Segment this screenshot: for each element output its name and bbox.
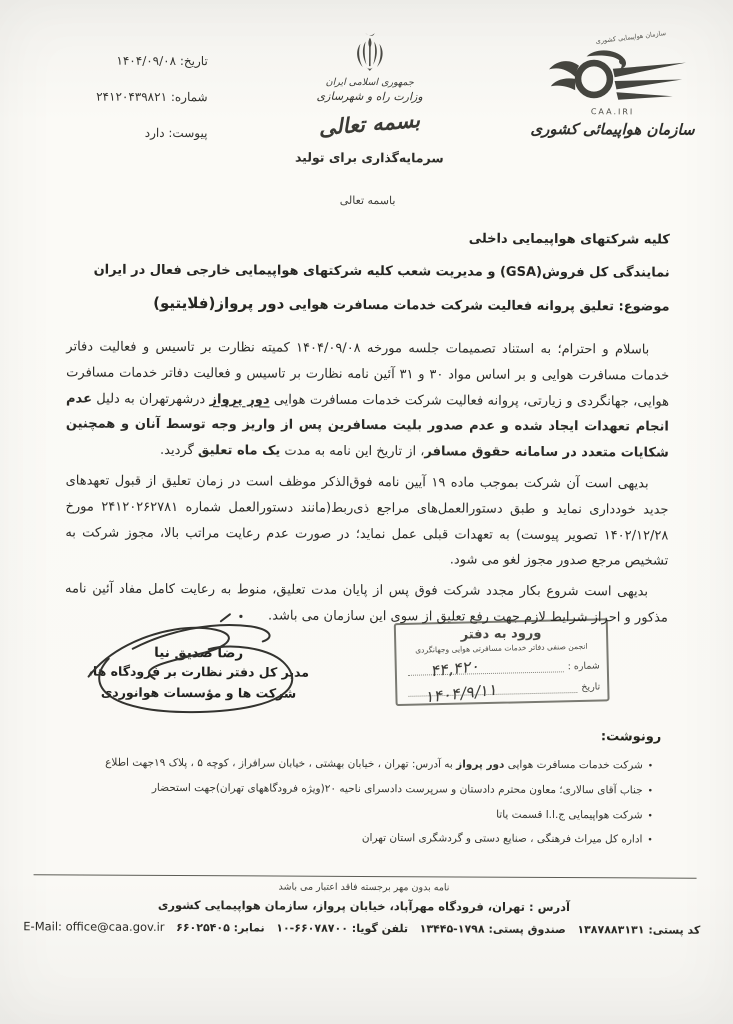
fax-value: ۶۶۰۲۵۴۰۵ [176,921,230,934]
ministry-name: وزارت راه و شهرسازی [288,90,452,104]
signatory-name: رضا صدیق نیا [71,644,327,661]
caa-logo-block: سازمان هواپیمایی کشوری CAA.IRI [524,35,701,139]
cc-item-1: شرکت خدمات مسافرت هوایی دور پرواز به آدر… [90,752,653,780]
recipient-line-1: کلیه شرکتهای هواپیمایی داخلی [61,220,670,256]
letter-date: تاریخ: ۱۴۰۴/۰۹/۰۸ [58,42,208,79]
cc-item-text: شرکت خدمات مسافرت هوایی [504,759,642,772]
header-meta: تاریخ: ۱۴۰۴/۰۹/۰۸ شماره: ۲۴۱۲۰۴۳۹۸۲۱ پیو… [57,42,208,151]
stamp-number-row: شماره : ۴۴,۴۲۰ [404,658,600,675]
footer-divider [34,874,697,878]
body-paragraph-3: بدیهی است شروع بکار مجدد شرکت فوق پس از … [65,577,668,632]
p1-text: ، از تاریخ این نامه به مدت [280,444,424,460]
p1-company-name: دور پرواز [210,392,270,407]
letterhead-center: جمهوری اسلامی ایران وزارت راه و شهرسازی … [287,30,452,137]
p1-suspension-duration: یک ماه تعلیق [198,443,280,458]
body-paragraph-1: باسلام و احترام؛ به استناد تصمیمات جلسه … [66,334,670,466]
stamp-number-handwritten: ۴۴,۴۲۰ [431,656,482,680]
signatory-title-1: مدیر کل دفتر نظارت بر فرودگاه ها، [71,660,327,682]
po-box-label: صندوق پستی: [488,923,565,936]
cc-item-2: جناب آقای سالاری؛ معاون محترم دادستان و … [90,776,653,804]
cc-item-company-name: دور پرواز [456,758,504,770]
cc-item-4: اداره کل میراث فرهنگی ، صنایع دستی و گرد… [90,826,653,854]
stamp-date-dotline: ۱۴۰۴/۹/۱۱ [408,680,577,697]
scanned-letter-page: تاریخ: ۱۴۰۴/۰۹/۰۸ شماره: ۲۴۱۲۰۴۳۹۸۲۱ پیو… [0,0,733,1024]
subject-company-name: دور پرواز(فلایتیو) [153,294,284,313]
recipient-block: کلیه شرکتهای هواپیمایی داخلی نمایندگی کل… [60,220,670,323]
besmellah-calligraphy: بسمه تعالی [318,108,421,140]
invocation-text: باسمه تعالی [1,192,733,209]
subject-line: موضوع: تعلیق پروانه فعالیت شرکت خدمات مس… [60,286,669,323]
po-box-value: ۱۳۴۴۵-۱۷۹۸ [420,922,485,935]
fax-label: نمابر: [234,921,265,934]
stamp-date-label: تاریخ [581,681,600,692]
org-name-calligraphy: سازمان هواپیمائی کشوری [524,120,700,139]
header-slogan: سرمایه‌گذاری برای تولید [237,149,501,165]
recipient-line-2: نمایندگی کل فروش(GSA) و مدیریت شعب کلیه … [61,253,670,289]
cc-item-3: شرکت هواپیمایی ج.ا.ا قسمت یاتا [90,801,653,829]
postal-code-value: ۱۳۸۷۸۸۳۱۳۱ [577,923,644,936]
letter-number: شماره: ۲۴۱۲۰۴۳۹۸۲۱ [58,78,208,115]
fax: نمابر: ۶۶۰۲۵۴۰۵ [176,921,265,934]
phone-value: ۱۰-۶۶۰۷۸۷۰۰ [276,922,348,935]
email-text: E-Mail: office@caa.gov.ir [23,919,164,934]
stamp-date-handwritten: ۱۴۰۴/۹/۱۱ [425,680,499,707]
body-paragraph-2: بدیهی است آن شرکت بموجب ماده ۱۹ آیین نام… [65,468,669,574]
stamp-number-label: شماره : [568,660,600,672]
postal-code-label: کد پستی: [648,923,700,936]
cc-heading: رونوشت: [601,729,661,744]
p1-text: درشهرتهران به دلیل [92,391,210,407]
validity-note: نامه بدون مهر برجسته فاقد اعتبار می باشد [0,880,731,895]
subject-label: موضوع: تعلیق پروانه فعالیت شرکت خدمات مس… [284,298,669,315]
signature-block: رضا صدیق نیا مدیر کل دفتر نظارت بر فرودگ… [70,644,326,703]
republic-name: جمهوری اسلامی ایران [288,77,452,89]
p1-text: گردید. [160,443,198,458]
iran-national-emblem-icon [353,30,387,76]
phone: تلفن گویا: ۱۰-۶۶۰۷۸۷۰۰ [276,922,408,936]
stamp-number-dotline: ۴۴,۴۲۰ [408,659,564,676]
stamp-association-name: انجمن صنفی دفاتر خدمات مسافرتی هوایی وجه… [403,641,599,654]
postal-code: کد پستی: ۱۳۸۷۸۸۳۱۳۱ [577,923,700,937]
cc-item-text: به آدرس: تهران ، خیابان بهشتی ، خیابان س… [105,757,456,771]
letter-attachment: پیوست: دارد [57,114,207,151]
footer-contacts: کد پستی: ۱۳۸۷۸۸۳۱۳۱ صندوق پستی: ۱۳۴۴۵-۱۷… [23,919,700,937]
po-box: صندوق پستی: ۱۳۴۴۵-۱۷۹۸ [420,922,566,936]
letter-body: باسلام و احترام؛ به استناد تصمیمات جلسه … [65,334,670,636]
stamp-date-row: تاریخ ۱۴۰۴/۹/۱۱ [404,679,600,696]
phone-label: تلفن گویا: [352,922,408,935]
cc-list: شرکت خدمات مسافرت هوایی دور پرواز به آدر… [90,752,654,854]
footer-address: آدرس : تهران، فرودگاه مهرآباد، خیابان پر… [0,897,730,915]
signatory-title-2: شرکت ها و مؤسسات هوانوردی [70,681,326,703]
